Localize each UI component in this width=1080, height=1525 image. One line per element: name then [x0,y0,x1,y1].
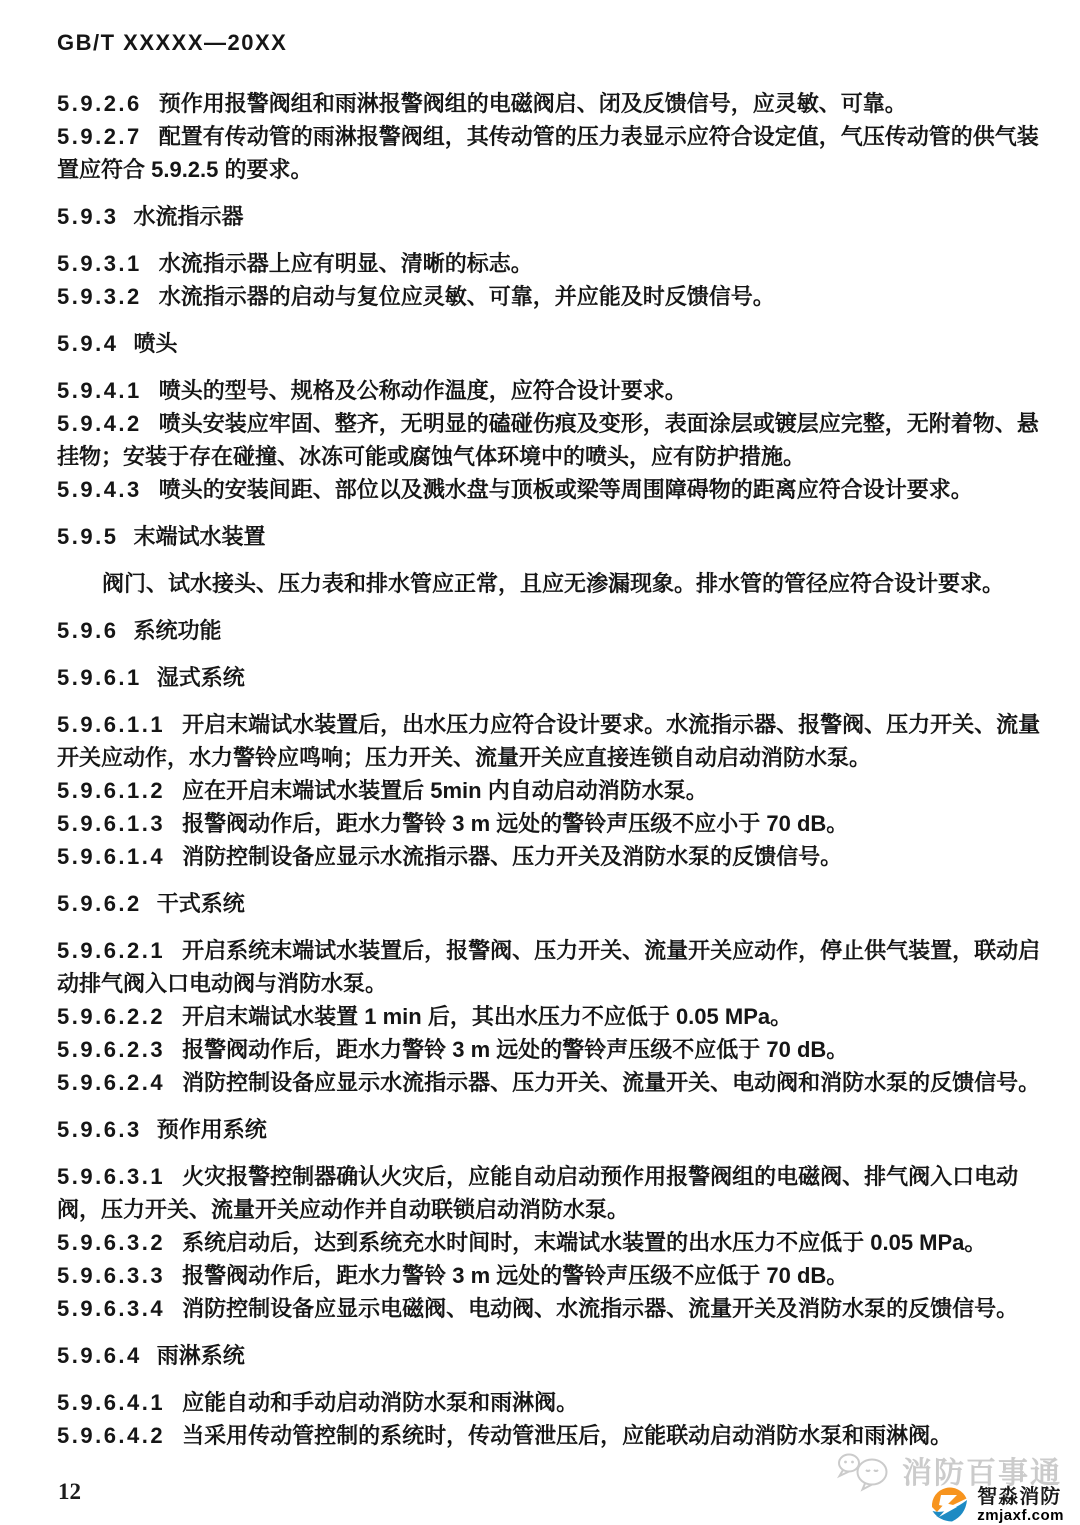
clause-number: 5.9.3.1 [57,251,159,276]
clause-number: 5.9.4.1 [57,378,159,403]
clause-text: 开启末端试水装置 1 min 后，其出水压力不应低于 0.05 MPa。 [182,1004,792,1029]
clause-number: 5.9.4.2 [57,411,159,436]
document-page: GB/T XXXXX—20XX 5.9.2.6预作用报警阀组和雨淋报警阀组的电磁… [0,0,1080,1525]
page-number: 12 [58,1479,81,1505]
clause-text: 消防控制设备应显示电磁阀、电动阀、水流指示器、流量开关及消防水泵的反馈信号。 [182,1296,1018,1321]
clause-paragraph: 5.9.6.2.4消防控制设备应显示水流指示器、压力开关、流量开关、电动阀和消防… [57,1066,1052,1099]
clause-text: 开启末端试水装置后，出水压力应符合设计要求。水流指示器、报警阀、压力开关、流量开… [57,712,1040,770]
clause-text: 报警阀动作后，距水力警铃 3 m 远处的警铃声压级不应小于 70 dB。 [182,811,848,836]
clause-number: 5.9.6.3.3 [57,1263,182,1288]
section-heading: 5.9.6.3预作用系统 [57,1113,1052,1146]
zhimiao-logo-icon [927,1483,971,1525]
clause-text: 系统启动后，达到系统充水时间时，末端试水装置的出水压力不应低于 0.05 MPa… [182,1230,986,1255]
clause-paragraph: 5.9.2.7配置有传动管的雨淋报警阀组，其传动管的压力表显示应符合设定值，气压… [57,120,1052,186]
clause-text: 预作用报警阀组和雨淋报警阀组的电磁阀启、闭及反馈信号，应灵敏、可靠。 [159,91,907,116]
clause-number: 5.9.6.3.1 [57,1164,182,1189]
clause-paragraph: 5.9.6.1.3报警阀动作后，距水力警铃 3 m 远处的警铃声压级不应小于 7… [57,807,1052,840]
clause-text: 火灾报警控制器确认火灾后，应能自动启动预作用报警阀组的电磁阀、排气阀入口电动阀，… [57,1164,1018,1222]
clause-text: 消防控制设备应显示水流指示器、压力开关及消防水泵的反馈信号。 [182,844,842,869]
clause-number: 5.9.3.2 [57,284,159,309]
clause-text: 开启系统末端试水装置后，报警阀、压力开关、流量开关应动作，停止供气装置，联动启动… [57,938,1040,996]
section-heading: 5.9.3水流指示器 [57,200,1052,233]
clause-number: 5.9.6 [57,618,133,643]
clause-text: 当采用传动管控制的系统时，传动管泄压后，应能联动启动消防水泵和雨淋阀。 [182,1423,952,1448]
clause-text: 水流指示器 [133,204,243,229]
clause-paragraph: 5.9.6.4.1应能自动和手动启动消防水泵和雨淋阀。 [57,1386,1052,1419]
clause-number: 5.9.6.2.4 [57,1070,182,1095]
clause-number: 5.9.2.7 [57,124,159,149]
clause-number: 5.9.6.2.3 [57,1037,182,1062]
clause-number: 5.9.4 [57,331,133,356]
clause-text: 报警阀动作后，距水力警铃 3 m 远处的警铃声压级不应低于 70 dB。 [182,1037,848,1062]
clause-paragraph: 5.9.6.3.4消防控制设备应显示电磁阀、电动阀、水流指示器、流量开关及消防水… [57,1292,1052,1325]
clause-paragraph: 5.9.6.1.4消防控制设备应显示水流指示器、压力开关及消防水泵的反馈信号。 [57,840,1052,873]
clause-text: 水流指示器上应有明显、清晰的标志。 [159,251,533,276]
clause-number: 5.9.6.1.1 [57,712,182,737]
clause-number: 5.9.6.3.4 [57,1296,182,1321]
section-heading: 5.9.6.4雨淋系统 [57,1339,1052,1372]
clause-text: 末端试水装置 [133,524,265,549]
clause-paragraph: 5.9.6.3.3报警阀动作后，距水力警铃 3 m 远处的警铃声压级不应低于 7… [57,1259,1052,1292]
document-content: GB/T XXXXX—20XX 5.9.2.6预作用报警阀组和雨淋报警阀组的电磁… [57,30,1052,1452]
clause-paragraph: 5.9.6.1.1开启末端试水装置后，出水压力应符合设计要求。水流指示器、报警阀… [57,708,1052,774]
clause-number: 5.9.4.3 [57,477,159,502]
clause-text: 喷头的型号、规格及公称动作温度，应符合设计要求。 [159,378,687,403]
clause-paragraph: 阀门、试水接头、压力表和排水管应正常，且应无渗漏现象。排水管的管径应符合设计要求… [57,567,1052,600]
clause-number: 5.9.3 [57,204,133,229]
zhimiao-logo-domain: zmjaxf.com [977,1508,1064,1524]
document-body: 5.9.2.6预作用报警阀组和雨淋报警阀组的电磁阀启、闭及反馈信号，应灵敏、可靠… [57,87,1052,1452]
clause-text: 雨淋系统 [157,1343,245,1368]
clause-number: 5.9.6.4 [57,1343,157,1368]
zhimiao-logo-text: 智淼消防 zmjaxf.com [977,1487,1064,1524]
clause-paragraph: 5.9.6.3.2系统启动后，达到系统充水时间时，末端试水装置的出水压力不应低于… [57,1226,1052,1259]
clause-number: 5.9.6.1 [57,665,157,690]
clause-text: 阀门、试水接头、压力表和排水管应正常，且应无渗漏现象。排水管的管径应符合设计要求… [102,571,1004,596]
clause-number: 5.9.6.2.1 [57,938,182,963]
clause-paragraph: 5.9.6.1.2应在开启末端试水装置后 5min 内自动启动消防水泵。 [57,774,1052,807]
clause-text: 报警阀动作后，距水力警铃 3 m 远处的警铃声压级不应低于 70 dB。 [182,1263,848,1288]
clause-number: 5.9.6.3 [57,1117,157,1142]
zhimiao-logo-name: 智淼消防 [977,1487,1064,1508]
clause-number: 5.9.5 [57,524,133,549]
zhimiao-logo: 智淼消防 zmjaxf.com [927,1483,1064,1525]
clause-number: 5.9.6.4.2 [57,1423,182,1448]
clause-number: 5.9.6.1.4 [57,844,182,869]
clause-paragraph: 5.9.6.2.3报警阀动作后，距水力警铃 3 m 远处的警铃声压级不应低于 7… [57,1033,1052,1066]
section-heading: 5.9.5末端试水装置 [57,520,1052,553]
clause-text: 湿式系统 [157,665,245,690]
clause-text: 喷头 [133,331,177,356]
clause-paragraph: 5.9.2.6预作用报警阀组和雨淋报警阀组的电磁阀启、闭及反馈信号，应灵敏、可靠… [57,87,1052,120]
chat-bubbles-icon [836,1448,894,1492]
clause-number: 5.9.6.2.2 [57,1004,182,1029]
clause-paragraph: 5.9.6.2.2开启末端试水装置 1 min 后，其出水压力不应低于 0.05… [57,1000,1052,1033]
clause-paragraph: 5.9.4.1喷头的型号、规格及公称动作温度，应符合设计要求。 [57,374,1052,407]
clause-number: 5.9.2.6 [57,91,159,116]
clause-text: 喷头安装应牢固、整齐，无明显的磕碰伤痕及变形，表面涂层或镀层应完整，无附着物、悬… [57,411,1039,469]
clause-text: 系统功能 [133,618,221,643]
clause-text: 应能自动和手动启动消防水泵和雨淋阀。 [182,1390,578,1415]
clause-paragraph: 5.9.3.2水流指示器的启动与复位应灵敏、可靠，并应能及时反馈信号。 [57,280,1052,313]
clause-paragraph: 5.9.6.2.1开启系统末端试水装置后，报警阀、压力开关、流量开关应动作，停止… [57,934,1052,1000]
clause-number: 5.9.6.3.2 [57,1230,182,1255]
section-heading: 5.9.4喷头 [57,327,1052,360]
clause-paragraph: 5.9.3.1水流指示器上应有明显、清晰的标志。 [57,247,1052,280]
section-heading: 5.9.6系统功能 [57,614,1052,647]
clause-number: 5.9.6.4.1 [57,1390,182,1415]
clause-text: 应在开启末端试水装置后 5min 内自动启动消防水泵。 [182,778,708,803]
clause-text: 预作用系统 [157,1117,267,1142]
clause-text: 配置有传动管的雨淋报警阀组，其传动管的压力表显示应符合设定值，气压传动管的供气装… [57,124,1039,182]
clause-number: 5.9.6.1.3 [57,811,182,836]
clause-text: 喷头的安装间距、部位以及溅水盘与顶板或梁等周围障碍物的距离应符合设计要求。 [159,477,973,502]
clause-number: 5.9.6.1.2 [57,778,182,803]
clause-text: 消防控制设备应显示水流指示器、压力开关、流量开关、电动阀和消防水泵的反馈信号。 [182,1070,1040,1095]
standard-number-header: GB/T XXXXX—20XX [57,30,1052,56]
clause-text: 干式系统 [157,891,245,916]
clause-number: 5.9.6.2 [57,891,157,916]
clause-paragraph: 5.9.4.2喷头安装应牢固、整齐，无明显的磕碰伤痕及变形，表面涂层或镀层应完整… [57,407,1052,473]
section-heading: 5.9.6.2干式系统 [57,887,1052,920]
clause-paragraph: 5.9.6.3.1火灾报警控制器确认火灾后，应能自动启动预作用报警阀组的电磁阀、… [57,1160,1052,1226]
clause-text: 水流指示器的启动与复位应灵敏、可靠，并应能及时反馈信号。 [159,284,775,309]
section-heading: 5.9.6.1湿式系统 [57,661,1052,694]
clause-paragraph: 5.9.4.3喷头的安装间距、部位以及溅水盘与顶板或梁等周围障碍物的距离应符合设… [57,473,1052,506]
